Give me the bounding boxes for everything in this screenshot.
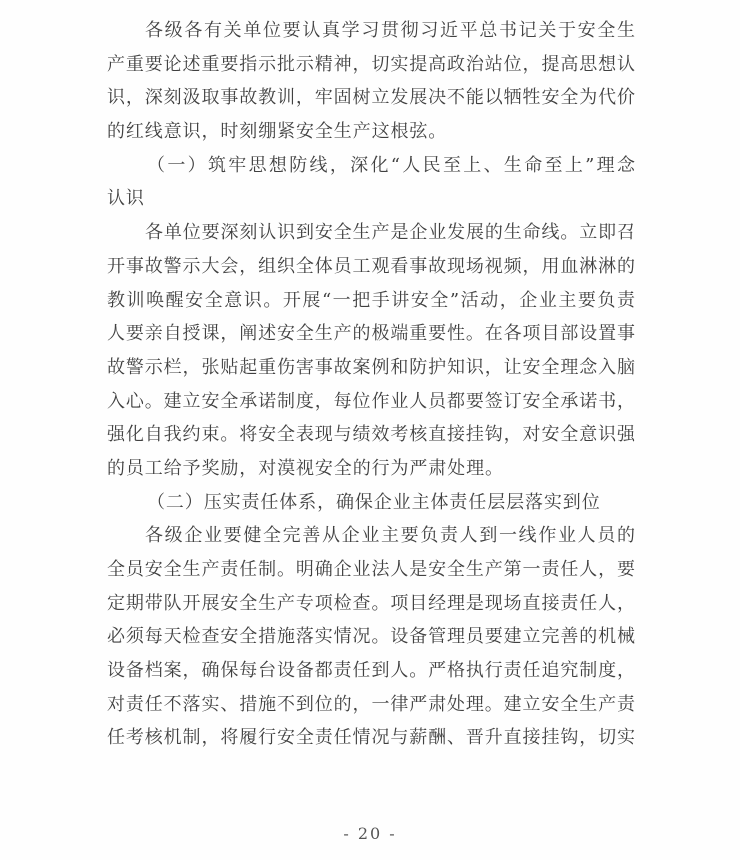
- section-heading-1-line-2: 认识: [107, 182, 635, 216]
- paragraph-2-line-4: 人要亲自授课，阐述安全生产的极端重要性。在各项目部设置事: [107, 317, 635, 351]
- paragraph-2-line-8: 的员工给予奖励，对漠视安全的行为严肃处理。: [107, 452, 635, 486]
- paragraph-3-line-5: 设备档案，确保每台设备都责任到人。严格执行责任追究制度，: [107, 654, 635, 688]
- paragraph-2-line-6: 入心。建立安全承诺制度，每位作业人员都要签订安全承诺书，: [107, 385, 635, 419]
- paragraph-3-line-1: 各级企业要健全完善从企业主要负责人到一线作业人员的: [107, 519, 635, 553]
- paragraph-2-line-5: 故警示栏，张贴起重伤害事故案例和防护知识，让安全理念入脑: [107, 351, 635, 385]
- paragraph-1-line-3: 识，深刻汲取事故教训，牢固树立发展决不能以牺牲安全为代价: [107, 81, 635, 115]
- document-body: 各级各有关单位要认真学习贯彻习近平总书记关于安全生 产重要论述重要指示批示精神，…: [107, 14, 635, 755]
- page-number: - 20 -: [0, 824, 740, 843]
- paragraph-1-line-2: 产重要论述重要指示批示精神，切实提高政治站位，提高思想认: [107, 48, 635, 82]
- paragraph-1-line-1: 各级各有关单位要认真学习贯彻习近平总书记关于安全生: [107, 14, 635, 48]
- paragraph-2-line-7: 强化自我约束。将安全表现与绩效考核直接挂钩，对安全意识强: [107, 418, 635, 452]
- paragraph-3-line-4: 必须每天检查安全措施落实情况。设备管理员要建立完善的机械: [107, 620, 635, 654]
- paragraph-3-line-6: 对责任不落实、措施不到位的，一律严肃处理。建立安全生产责: [107, 688, 635, 722]
- paragraph-1-line-4: 的红线意识，时刻绷紧安全生产这根弦。: [107, 115, 635, 149]
- paragraph-3-line-2: 全员安全生产责任制。明确企业法人是安全生产第一责任人，要: [107, 553, 635, 587]
- paragraph-3-line-3: 定期带队开展安全生产专项检查。项目经理是现场直接责任人，: [107, 587, 635, 621]
- section-heading-1-line-1: （一）筑牢思想防线，深化“人民至上、生命至上”理念: [107, 149, 635, 183]
- paragraph-2-line-1: 各单位要深刻认识到安全生产是企业发展的生命线。立即召: [107, 216, 635, 250]
- section-heading-2-line-1: （二）压实责任体系，确保企业主体责任层层落实到位: [107, 486, 635, 520]
- paragraph-2-line-2: 开事故警示大会，组织全体员工观看事故现场视频，用血淋淋的: [107, 250, 635, 284]
- document-page: 各级各有关单位要认真学习贯彻习近平总书记关于安全生 产重要论述重要指示批示精神，…: [0, 0, 740, 860]
- paragraph-3-line-7: 任考核机制，将履行安全责任情况与薪酬、晋升直接挂钩，切实: [107, 721, 635, 755]
- paragraph-2-line-3: 教训唤醒安全意识。开展“一把手讲安全”活动，企业主要负责: [107, 284, 635, 318]
